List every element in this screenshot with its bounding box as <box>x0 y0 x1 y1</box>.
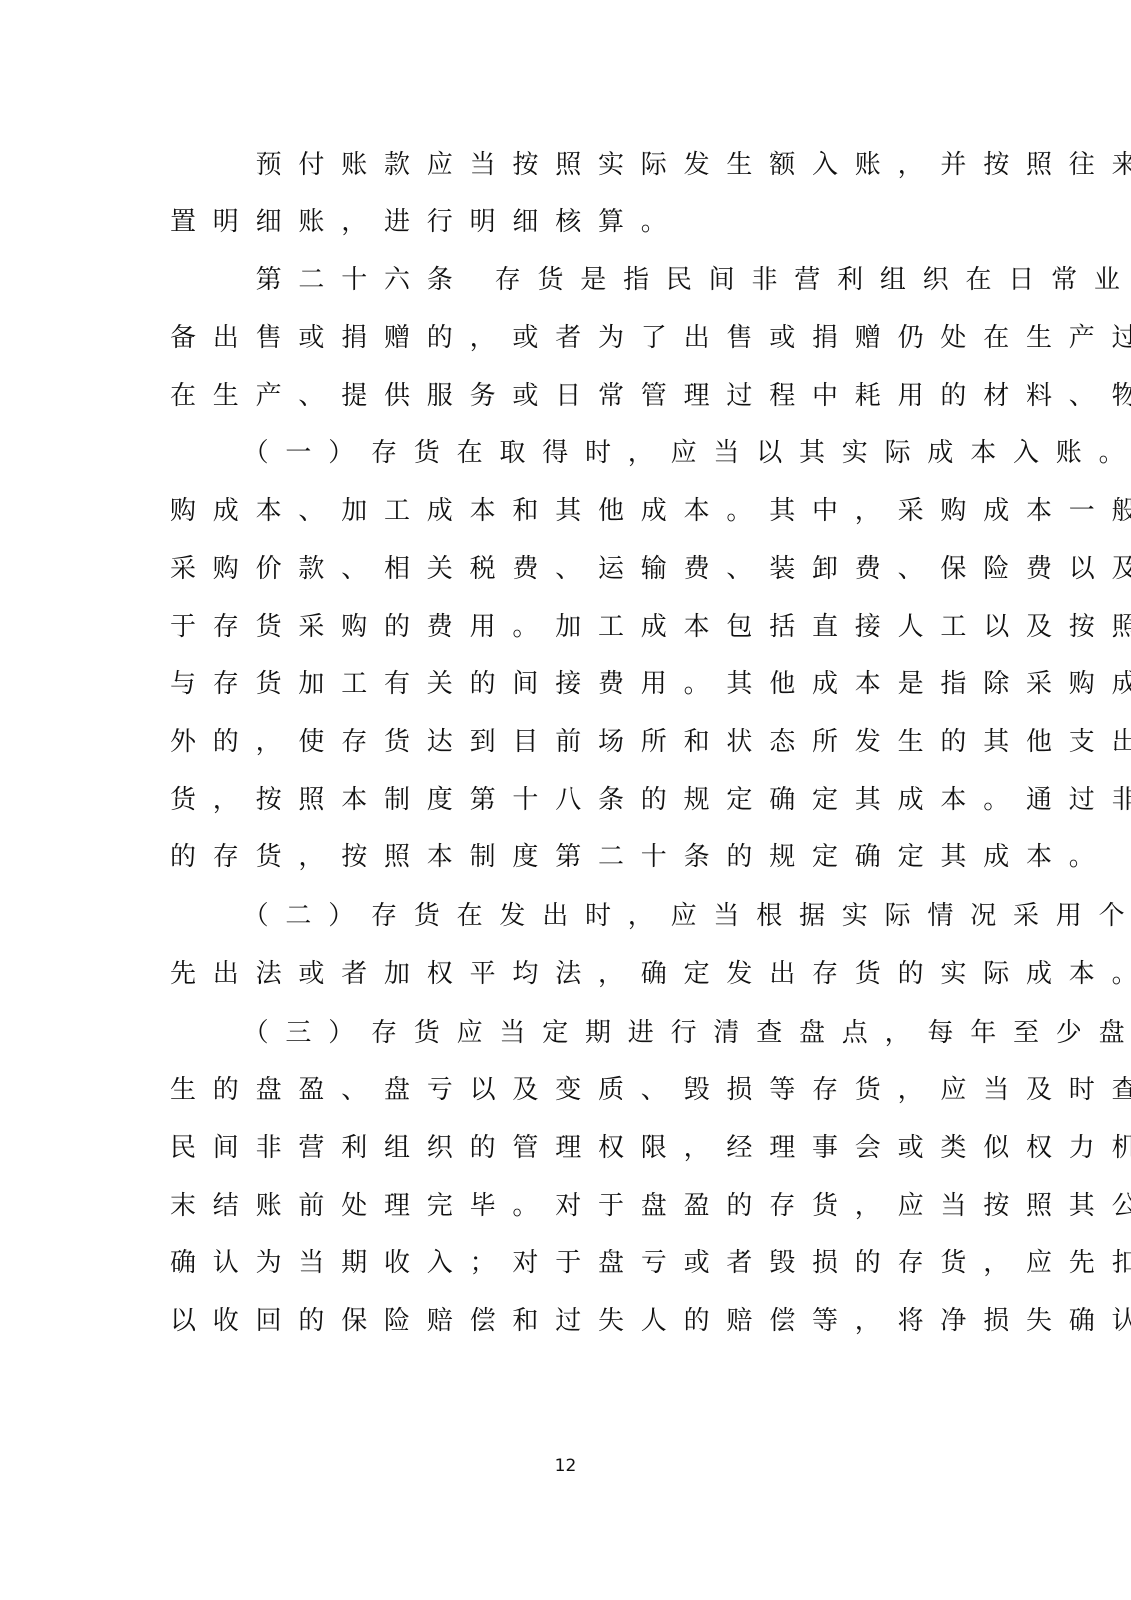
text-line: 购成本、加工成本和其他成本。其中，采购成本一般包括实际支付的 <box>170 491 950 531</box>
text-line: 的存货，按照本制度第二十条的规定确定其成本。 <box>170 837 950 877</box>
text-line: 第二十六条 存货是指民间非营利组织在日常业务活动中持有以 <box>170 260 950 300</box>
text-line: 预付账款应当按照实际发生额入账，并按照往来单位或个人等设 <box>170 145 950 185</box>
text-line: 与存货加工有关的间接费用。其他成本是指除采购成本、加工成本以 <box>170 664 950 704</box>
text-line: 民间非营利组织的管理权限，经理事会或类似权力机构批准后，在期 <box>170 1128 950 1168</box>
text-line: 生的盘盈、盘亏以及变质、毁损等存货，应当及时查明原因，并根据 <box>170 1070 950 1110</box>
text-line: 货，按照本制度第十八条的规定确定其成本。通过非货币性交易换入 <box>170 780 950 820</box>
text-line: （一）存货在取得时，应当以其实际成本入账。存货成本包括采 <box>170 433 950 473</box>
text-line: 采购价款、相关税费、运输费、装卸费、保险费以及其他可直接归属 <box>170 549 950 589</box>
text-line: 置明细账，进行明细核算。 <box>170 202 950 242</box>
document-page: 预付账款应当按照实际发生额入账，并按照往来单位或个人等设 置明细账，进行明细核算… <box>0 0 1131 1600</box>
text-line: 确认为当期收入；对于盘亏或者毁损的存货，应先扣除残料价值、可 <box>170 1243 950 1283</box>
text-line: 先出法或者加权平均法，确定发出存货的实际成本。 <box>170 954 950 994</box>
text-line: 以收回的保险赔偿和过失人的赔偿等，将净损失确认为当期费用。 <box>170 1301 950 1341</box>
text-line: （二）存货在发出时，应当根据实际情况采用个别计价法、先进 <box>170 896 950 936</box>
text-line: 于存货采购的费用。加工成本包括直接人工以及按照合理方法分配的 <box>170 607 950 647</box>
text-line: 备出售或捐赠的，或者为了出售或捐赠仍处在生产过程中的，或者将 <box>170 318 950 358</box>
text-line: 外的，使存货达到目前场所和状态所发生的其他支出。接受捐赠的存 <box>170 722 950 762</box>
text-line: 在生产、提供服务或日常管理过程中耗用的材料、物资、商品等。 <box>170 376 950 416</box>
text-line: 末结账前处理完毕。对于盘盈的存货，应当按照其公允价值入账，并 <box>170 1186 950 1226</box>
page-number: 12 <box>0 1456 1131 1476</box>
text-line: （三）存货应当定期进行清查盘点，每年至少盘点一次。对于发 <box>170 1013 950 1053</box>
